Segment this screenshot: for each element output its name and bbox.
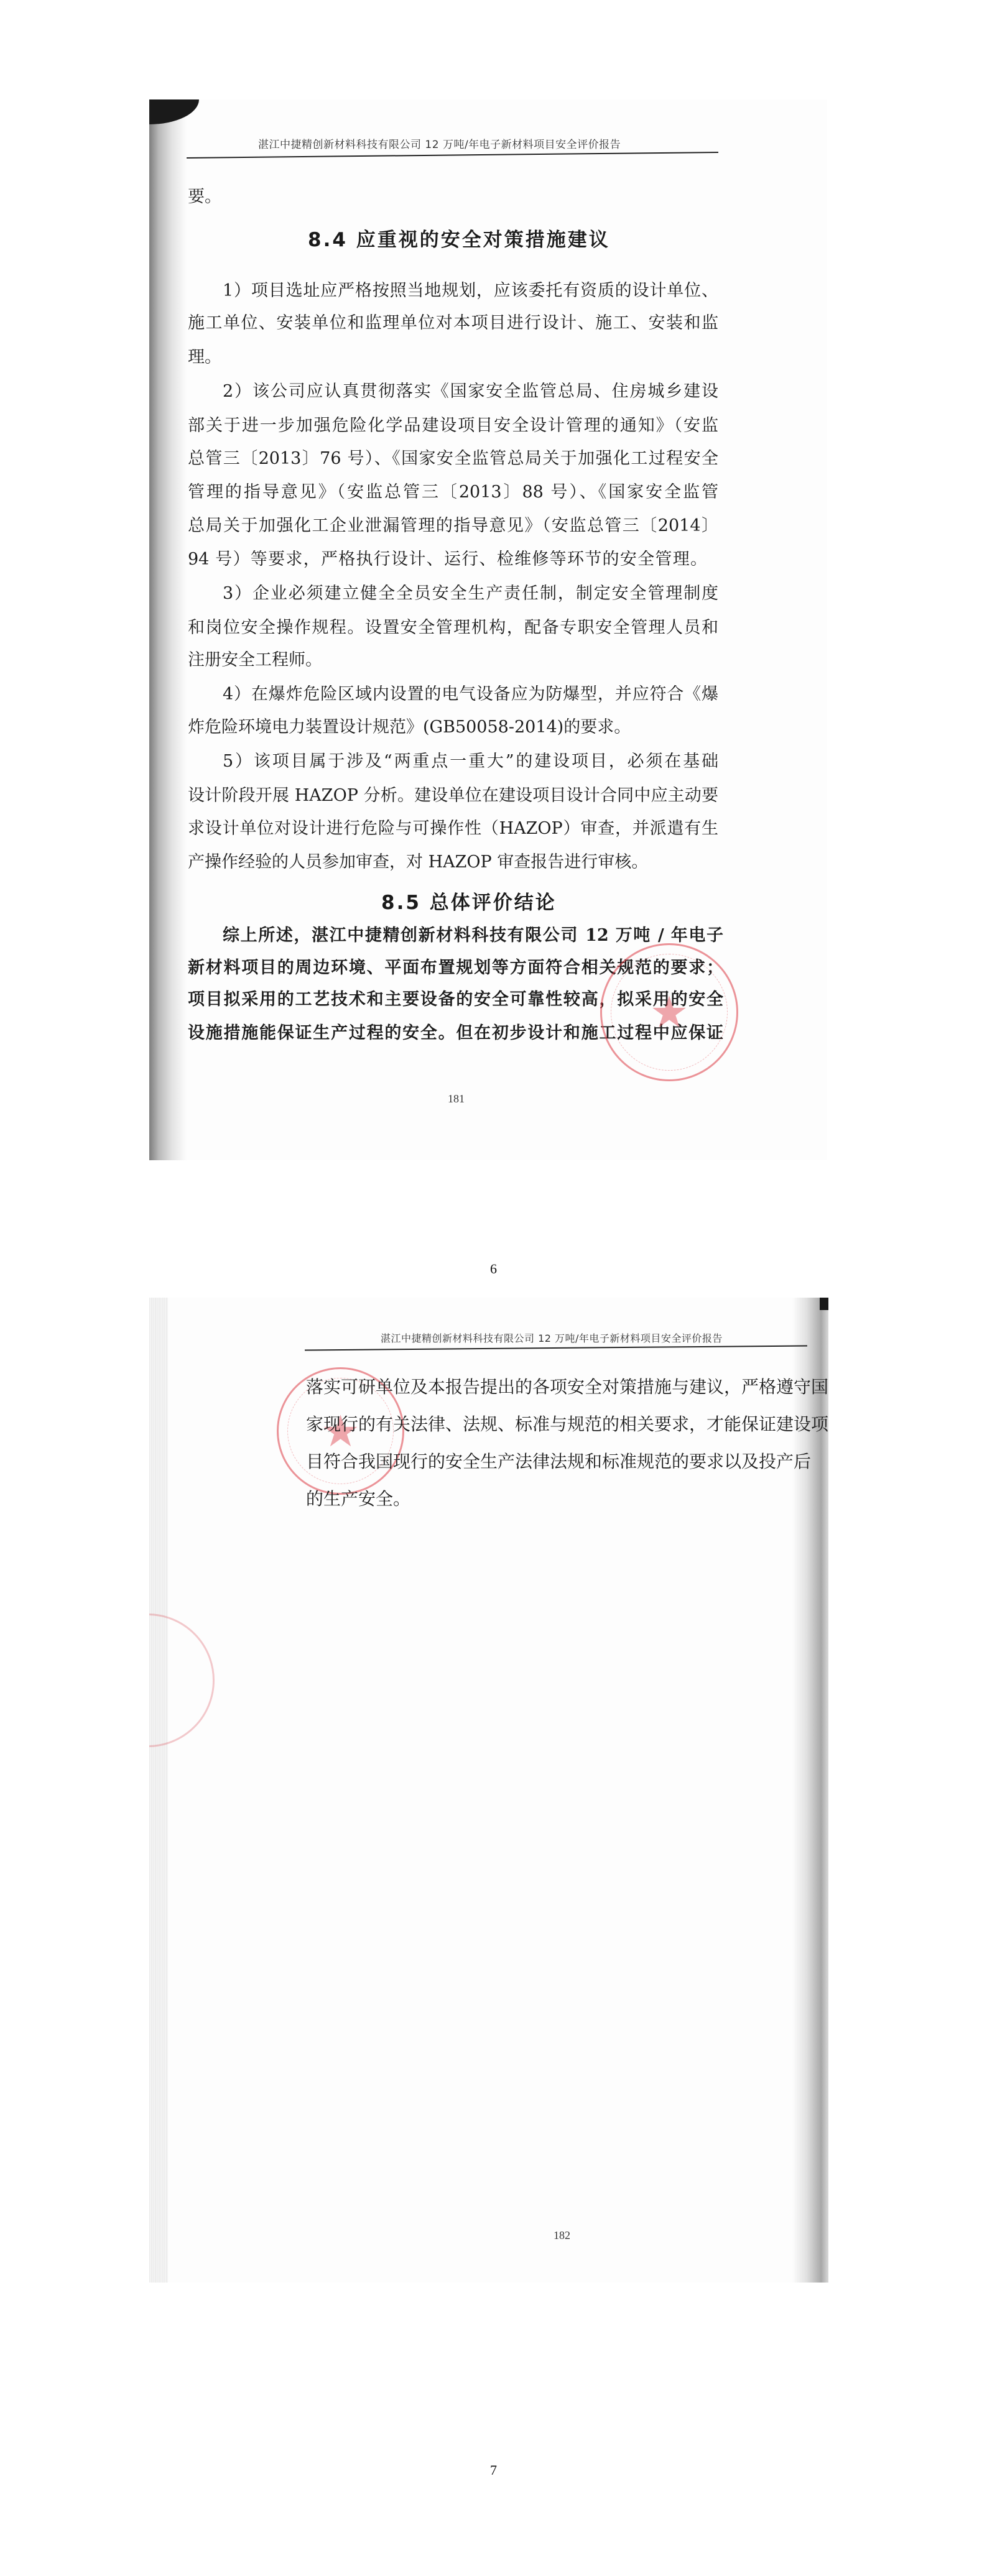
paragraph-line: 施工单位、安装单位和监理单位对本项目进行设计、施工、安装和监 [188, 313, 718, 333]
paragraph-line: 产操作经验的人员参加审查，对 HAZOP 审查报告进行审核。 [188, 852, 648, 872]
paragraph-line: 新材料项目的周边环境、平面布置规划等方面符合相关规范的要求； [188, 958, 723, 978]
paragraph-line: 2）该公司应认真贯彻落实《国家安全监管总局、住房城乡建设 [223, 382, 718, 402]
paragraph-line: 家现行的有关法律、法规、标准与规范的相关要求，才能保证建设项 [306, 1415, 807, 1434]
paragraph-line: 目符合我国现行的安全生产法律法规和标准规范的要求以及投产后 [306, 1452, 807, 1472]
report-page-182: 湛江中捷精创新材料科技有限公司 12 万吨/年电子新材料项目安全评价报告 ★ 落… [149, 1298, 828, 2283]
paragraph-line: 部关于进一步加强危险化学品建设项目安全设计管理的通知》（安监 [188, 416, 718, 436]
sheet-number: 7 [490, 2462, 497, 2478]
header-rule [305, 1345, 807, 1350]
paragraph-line: 5）该项目属于涉及“两重点一重大”的建设项目，必须在基础 [223, 752, 718, 772]
header-rule [187, 152, 718, 159]
paragraph-line: 的生产安全。 [306, 1489, 410, 1509]
paragraph-line: 综上所述，湛江中捷精创新材料科技有限公司 12 万吨 / 年电子 [223, 926, 723, 946]
paragraph-line: 94 号）等要求，严格执行设计、运行、检维修等环节的安全管理。 [188, 550, 707, 570]
carryover-text: 要。 [188, 187, 221, 207]
paragraph-line: 4）在爆炸危险区域内设置的电气设备应为防爆型，并应符合《爆 [223, 685, 718, 704]
paragraph-line: 理。 [188, 348, 221, 367]
paragraph-line: 求设计单位对设计进行危险与可操作性（HAZOP）审查，并派遣有生 [188, 819, 718, 839]
running-header: 湛江中捷精创新材料科技有限公司 12 万吨/年电子新材料项目安全评价报告 [381, 1331, 723, 1345]
section-heading-8-5: 8.5 总体评价结论 [381, 887, 557, 915]
paragraph-line: 设施措施能保证生产过程的安全。但在初步设计和施工过程中应保证 [188, 1023, 723, 1043]
paragraph-line: 管理的指导意见》（安监总管三〔2013〕88 号）、《国家安全监管 [188, 482, 718, 502]
paragraph-line: 项目拟采用的工艺技术和主要设备的安全可靠性较高，拟采用的安全 [188, 990, 723, 1010]
page-corner-fold [820, 1298, 828, 1310]
sheet-number: 6 [490, 1261, 497, 1277]
binding-shadow [792, 1298, 828, 2283]
section-heading-8-4: 8.4 应重视的安全对策措施建议 [308, 224, 610, 252]
page-edge-left [149, 1298, 168, 2283]
paragraph-line: 总局关于加强化工企业泄漏管理的指导意见》（安监总管三〔2014〕 [188, 516, 718, 536]
binding-shadow [149, 99, 187, 1160]
running-header: 湛江中捷精创新材料科技有限公司 12 万吨/年电子新材料项目安全评价报告 [258, 136, 621, 151]
paragraph-line: 总管三〔2013〕76 号）、《国家安全监管总局关于加强化工过程安全 [188, 449, 718, 469]
paragraph-line: 注册安全工程师。 [188, 650, 322, 670]
page-number: 181 [448, 1092, 465, 1106]
report-page-181: 湛江中捷精创新材料科技有限公司 12 万吨/年电子新材料项目安全评价报告 要。 … [149, 99, 827, 1160]
paragraph-line: 和岗位安全操作规程。设置安全管理机构，配备专职安全管理人员和 [188, 618, 718, 638]
page-number: 182 [554, 2229, 570, 2242]
paragraph-line: 炸危险环境电力装置设计规范》(GB50058-2014)的要求。 [188, 718, 631, 737]
paragraph-line: 落实可研单位及本报告提出的各项安全对策措施与建议，严格遵守国 [306, 1377, 807, 1397]
paragraph-line: 1）项目选址应严格按照当地规划，应该委托有资质的设计单位、 [223, 281, 718, 301]
paragraph-line: 3）企业必须建立健全全员安全生产责任制，制定安全管理制度 [223, 584, 718, 604]
page-corner-fold [149, 99, 199, 124]
paragraph-line: 设计阶段开展 HAZOP 分析。建设单位在建设项目设计合同中应主动要 [188, 786, 718, 806]
